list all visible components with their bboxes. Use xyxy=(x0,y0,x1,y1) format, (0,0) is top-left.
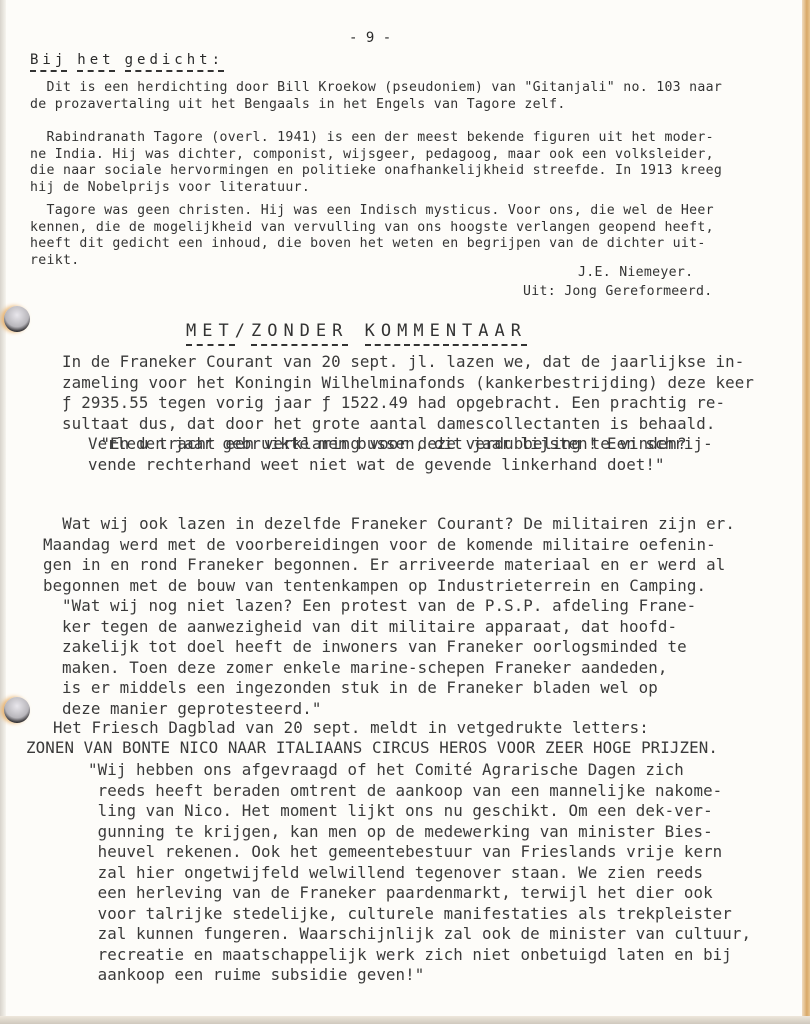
quote-psp-protest: "Wat wij nog niet lazen? Een protest van… xyxy=(62,596,696,719)
quote-comite-agrarische-dagen: "Wij hebben ons afgevraagd of het Comité… xyxy=(88,760,751,986)
page-right-edge xyxy=(802,0,810,1024)
paragraph-tagore-christen: Tagore was geen christen. Hij was een In… xyxy=(30,203,714,270)
paragraph-herdichting: Dit is een herdichting door Bill Kroekow… xyxy=(30,80,722,113)
page-bottom-edge xyxy=(0,1016,810,1024)
page-left-edge xyxy=(0,0,6,1024)
punch-hole xyxy=(4,306,30,332)
heading-word: ZONDER xyxy=(251,321,348,346)
heading-word: KOMMENTAAR xyxy=(365,321,527,346)
item-friesch-dagblad: Het Friesch Dagblad van 20 sept. meldt i… xyxy=(53,718,649,739)
punch-hole xyxy=(4,697,30,723)
section-heading-bij-het-gedicht: Bijhetgedicht: xyxy=(30,52,234,68)
heading-word: het xyxy=(77,52,114,72)
heading-word: / xyxy=(235,321,251,344)
signature-source: Uit: Jong Gereformeerd. xyxy=(523,284,713,301)
heading-word: Bij xyxy=(30,52,67,72)
heading-word: gedicht: xyxy=(125,52,224,72)
item-militairen: Wat wij ook lazen in dezelfde Franeker C… xyxy=(43,514,735,596)
page-number: - 9 - xyxy=(349,30,391,46)
section-heading-met-zonder-kommentaar: MET/ZONDER KOMMENTAAR xyxy=(186,321,527,341)
signature-author: J.E. Niemeyer. xyxy=(578,265,693,282)
quote-verdubbeling: Verleden jaar gebruikte men bussen, dit … xyxy=(88,434,713,475)
paragraph-tagore-bio: Rabindranath Tagore (overl. 1941) is een… xyxy=(30,130,722,197)
heading-word: MET xyxy=(186,321,235,346)
headline-bonte-nico: ZONEN VAN BONTE NICO NAAR ITALIAANS CIRC… xyxy=(26,738,718,759)
